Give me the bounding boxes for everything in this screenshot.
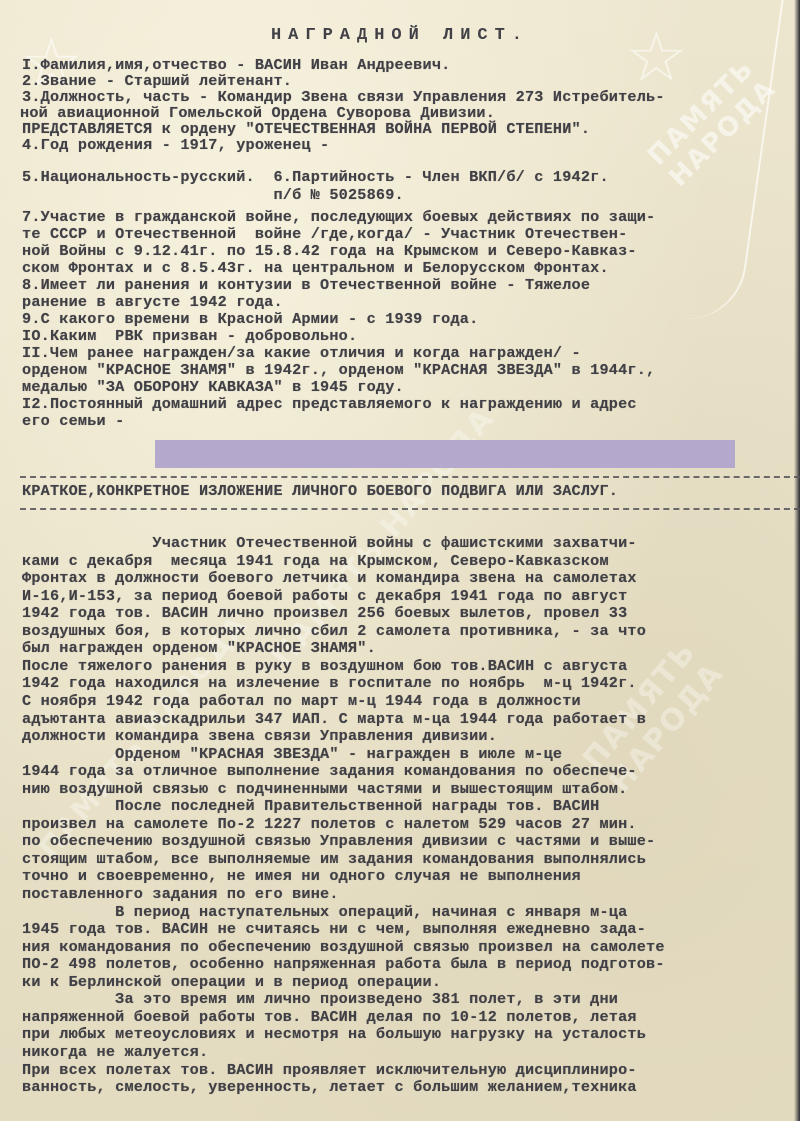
form-field-line: те СССР и Отечественной войне /где,когда… [22, 225, 627, 243]
narrative-line: 1944 года за отличное выполнение задания… [22, 762, 637, 780]
narrative-line: произвел на самолете По-2 1227 полетов с… [22, 815, 637, 833]
narrative-line: по обеспечению воздушной связью Управлен… [22, 832, 655, 850]
form-field-line: его семьи - [22, 412, 124, 430]
form-field-line: I2.Постоянный домашний адрес представляе… [22, 395, 637, 413]
narrative-line: ванность, смелость, уверенность, летает … [22, 1078, 637, 1096]
narrative-line: Орденом "КРАСНАЯ ЗВЕЗДА" - награжден в и… [22, 745, 562, 763]
narrative-line: ния командования по обеспечению воздушно… [22, 938, 665, 956]
narrative-line: С ноября 1942 года работал по март м-ц 1… [22, 692, 581, 710]
narrative-line: ками с декабря месяца 1941 года на Крымс… [22, 552, 609, 570]
narrative-line: 1942 года находился на излечение в госпи… [22, 674, 637, 692]
form-field-line: ранение в августе 1942 года. [22, 293, 283, 311]
document-title: НАГРАДНОЙ ЛИСТ. [0, 26, 800, 45]
form-field-line: ском Фронтах и с 8.5.43г. на центральном… [22, 259, 609, 277]
form-field-line: IO.Каким РВК призван - добровольно. [22, 327, 357, 345]
narrative-line: 1945 года тов. ВАСИН не считаясь ни с че… [22, 920, 646, 938]
narrative-line: В период наступательных операций, начина… [22, 903, 627, 921]
narrative-line: После тяжелого ранения в руку в воздушно… [22, 657, 627, 675]
narrative-line: никогда не жалуется. [22, 1043, 208, 1061]
dashed-divider [20, 476, 800, 478]
narrative-line: Фронтах в должности боевого летчика и ко… [22, 569, 637, 587]
form-field-line: 7.Участие в гражданской войне, последующ… [22, 208, 655, 226]
narrative-line: При всех полетах тов. ВАСИН проявляет ис… [22, 1061, 637, 1079]
narrative-line: адъютанта авиаэскадрильи 347 ИАП. С март… [22, 710, 646, 728]
narrative-line: 1942 года тов. ВАСИН лично произвел 256 … [22, 604, 627, 622]
redacted-address [155, 440, 735, 468]
form-field-line: 5.Национальность-русский. 6.Партийность … [22, 168, 609, 186]
page-edge [794, 0, 800, 1121]
narrative-line: ки к Берлинской операции и в период опер… [22, 973, 441, 991]
form-field-line: 8.Имеет ли ранения и контузии в Отечеств… [22, 276, 590, 294]
narrative-line: напряженной боевой работы тов. ВАСИН дел… [22, 1008, 637, 1026]
form-field-line: 4.Год рождения - 1917, уроженец - [22, 136, 329, 154]
section-heading: КРАТКОЕ,КОНКРЕТНОЕ ИЗЛОЖЕНИЕ ЛИЧНОГО БОЕ… [22, 482, 618, 500]
narrative-line: Участник Отечественной войны с фашистски… [22, 534, 637, 552]
narrative-line: стоящим штабом, все выполняемые им задан… [22, 850, 646, 868]
narrative-line: при любых метеоусловиях и несмотря на бо… [22, 1025, 646, 1043]
narrative-line: За это время им лично произведено 381 по… [22, 990, 618, 1008]
narrative-line: После последней Правительственной наград… [22, 797, 599, 815]
narrative-line: ПО-2 498 полетов, особенно напряженная р… [22, 955, 665, 973]
form-field-line: орденом "КРАСНОЕ ЗНАМЯ" в 1942г., ордено… [22, 361, 655, 379]
form-field-line: п/б № 5025869. [22, 186, 404, 204]
narrative-line: точно и своевременно, не имея ни одного … [22, 867, 581, 885]
form-field-line: 9.С какого времени в Красной Армии - с 1… [22, 310, 478, 328]
narrative-line: И-16,И-153, за период боевой работы с де… [22, 587, 627, 605]
dashed-divider [20, 508, 800, 510]
narrative-line: поставленного задания по его вине. [22, 885, 339, 903]
form-field-line: медалью "ЗА ОБОРОНУ КАВКАЗА" в 1945 году… [22, 378, 404, 396]
narrative-line: был награжден орденом "КРАСНОЕ ЗНАМЯ". [22, 639, 376, 657]
form-field-line: II.Чем ранее награжден/за какие отличия … [22, 344, 581, 362]
narrative-line: нию воздушной связью с подчиненными част… [22, 780, 627, 798]
narrative-line: должности командира звена связи Управлен… [22, 727, 497, 745]
narrative-line: воздушных боя, в которых лично сбил 2 са… [22, 622, 646, 640]
form-field-line: ной Войны с 9.12.41г. по 15.8.42 года на… [22, 242, 637, 260]
